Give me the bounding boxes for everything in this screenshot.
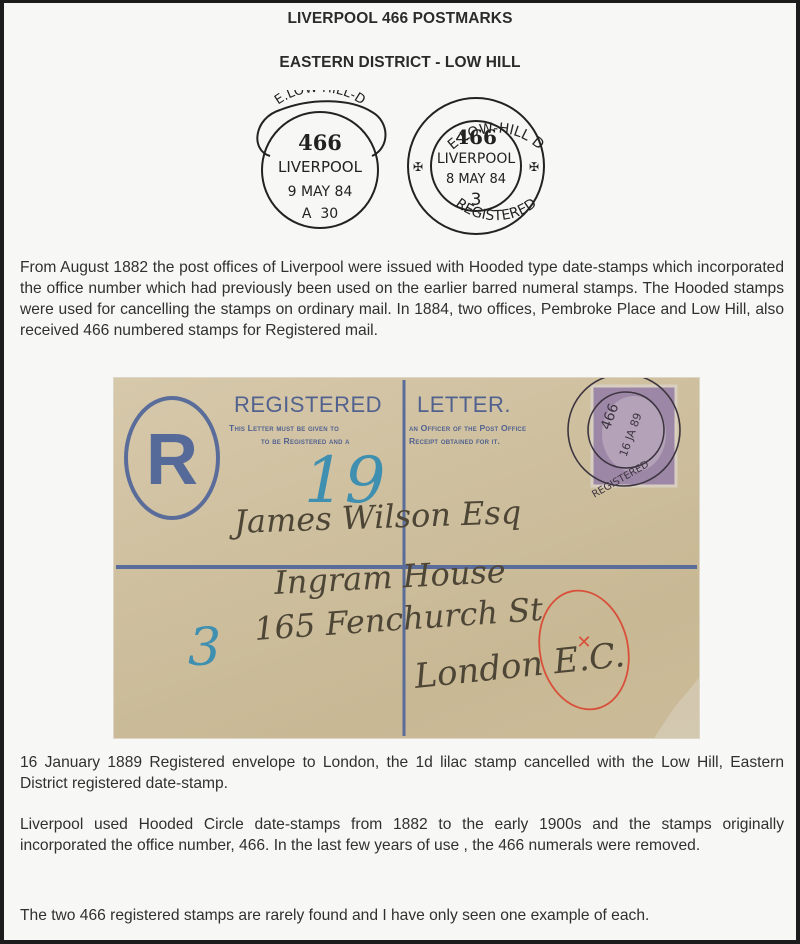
intro-paragraph: From August 1882 the post offices of Liv…: [20, 257, 784, 341]
blue-pencil-mark: 3: [188, 618, 221, 678]
hooded-postmark-hood-text: E.LOW-HILL-D: [272, 90, 368, 108]
hooded-postmark-number: 466: [298, 130, 342, 155]
registered-postmark-date: 8 MAY 84: [446, 172, 506, 187]
registered-envelope-image: R 466 16 JA 89 REGISTERED ✕ REGISTERED L…: [114, 378, 699, 738]
registered-postmark-town: LIVERPOOL: [437, 151, 516, 167]
registered-postmark-bottom-text: REGISTERED: [452, 196, 539, 225]
printed-instruction: Receipt obtained for it.: [409, 436, 500, 446]
printed-heading-registered: REGISTERED: [234, 392, 382, 418]
closing-paragraph: The two 466 registered stamps are rarely…: [20, 905, 784, 926]
history-paragraph: Liverpool used Hooded Circle date-stamps…: [20, 814, 784, 856]
cross-ornament-icon: ✠: [529, 160, 539, 174]
cross-ornament-icon: ✠: [413, 160, 423, 174]
hooded-postmark-time: A 30: [302, 206, 338, 222]
hooded-postmark-town: LIVERPOOL: [278, 158, 363, 176]
envelope-caption: 16 January 1889 Registered envelope to L…: [20, 752, 784, 794]
postmark-illustrations: E.LOW-HILL-D 466 LIVERPOOL 9 MAY 84 A 30…: [240, 90, 560, 240]
printed-instruction: an Officer of the Post Office: [409, 423, 526, 433]
registered-postmark-code: 3: [471, 190, 482, 210]
hooded-postmark-date: 9 MAY 84: [288, 184, 353, 200]
page-title: LIVERPOOL 466 POSTMARKS: [0, 10, 800, 28]
registered-postmark-number: 466: [455, 125, 497, 149]
page-subtitle: EASTERN DISTRICT - LOW HILL: [0, 54, 800, 72]
printed-heading-letter: LETTER.: [417, 392, 511, 418]
registered-r-letter: R: [146, 420, 198, 500]
printed-instruction: This Letter must be given to: [229, 423, 339, 433]
